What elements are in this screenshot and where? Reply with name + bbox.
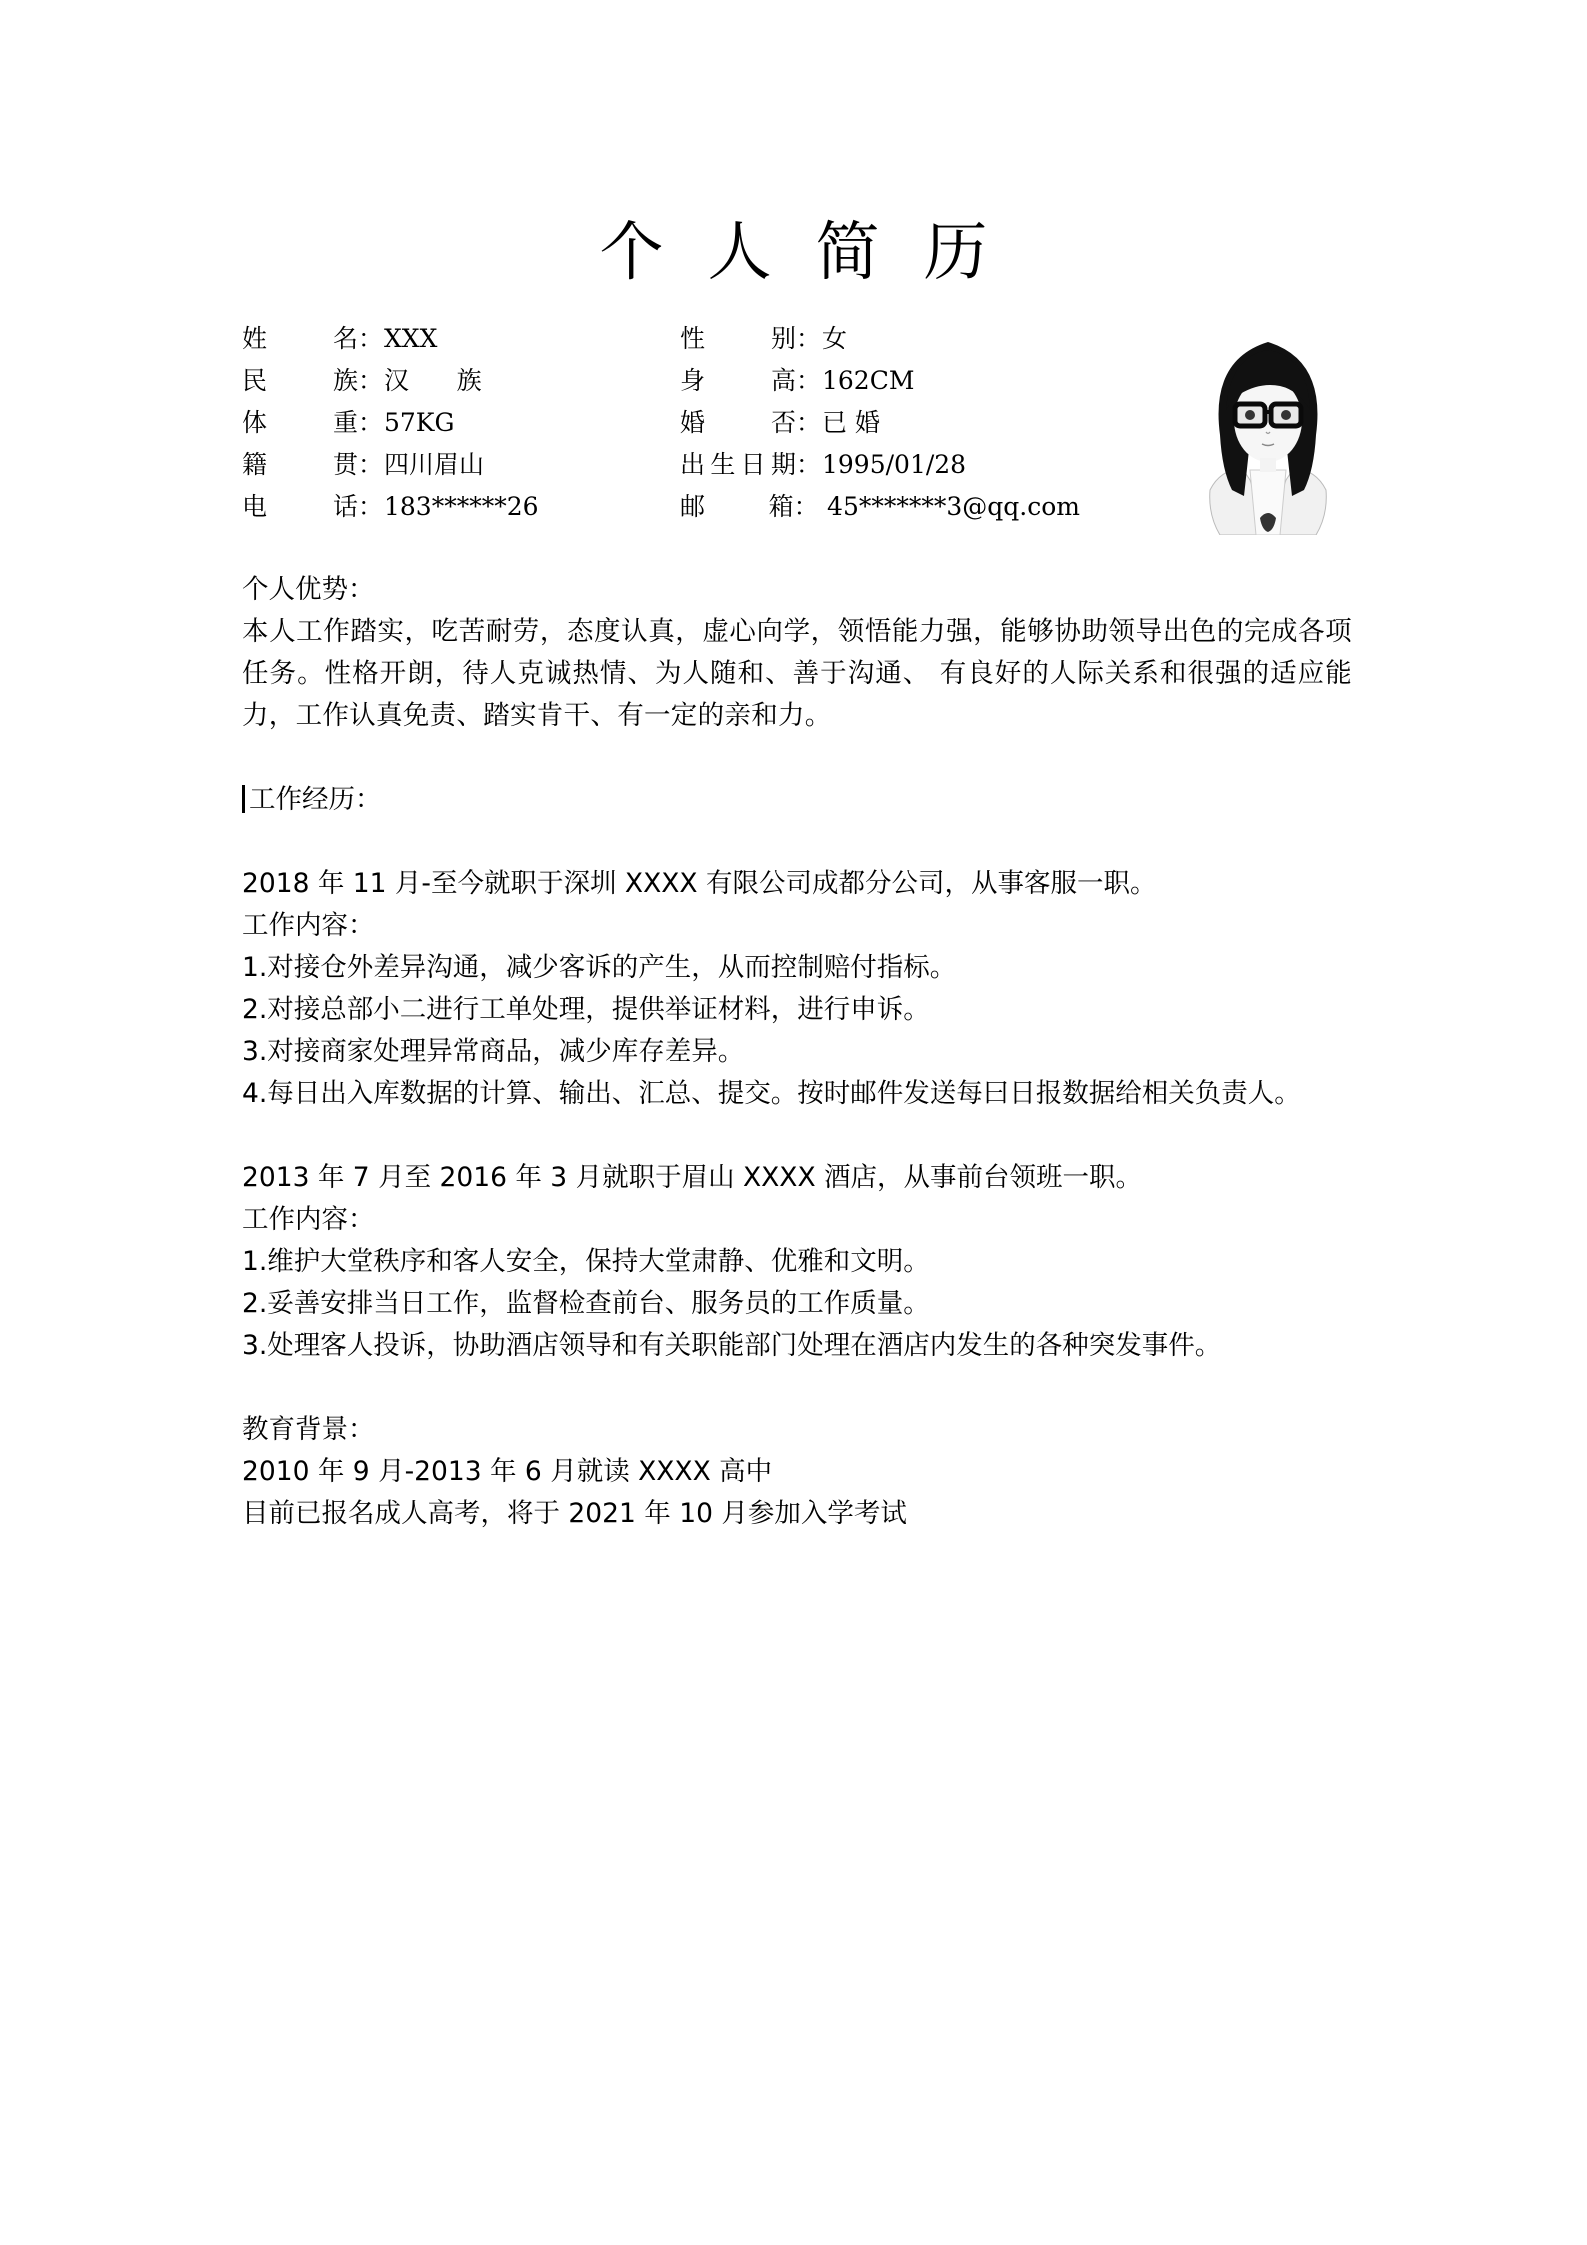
- job-duty-item: 1.维护大堂秩序和客人安全，保持大堂肃静、优雅和文明。: [242, 1241, 1352, 1283]
- info-field-marital-status: 婚否：已 婚: [680, 402, 1080, 444]
- job-duty-item: 2.妥善安排当日工作，监督检查前台、服务员的工作质量。: [242, 1283, 1352, 1325]
- job-duty-item: 1.对接仓外差异沟通，减少客诉的产生，从而控制赔付指标。: [242, 947, 1352, 989]
- resume-body: 个人优势： 本人工作踏实，吃苦耐劳，态度认真，虚心向学，领悟能力强，能够协助领导…: [242, 569, 1352, 1535]
- info-colon: ：: [796, 318, 822, 360]
- personal-info-grid: 姓名：XXX 性别：女 民族：汉 族 身高：162CM 体重：57KG 婚否：已…: [242, 318, 1080, 528]
- info-value: 162CM: [822, 360, 914, 402]
- info-value: 汉 族: [384, 360, 482, 402]
- education-section: 教育背景： 2010 年 9 月-2013 年 6 月就读 XXXX 高中 目前…: [242, 1409, 1352, 1535]
- info-value: 女: [822, 318, 847, 360]
- job-summary: 2018 年 11 月-至今就职于深圳 XXXX 有限公司成都分公司，从事客服一…: [242, 863, 1352, 905]
- info-value: 1995/01/28: [822, 444, 966, 486]
- info-row: 体重：57KG 婚否：已 婚: [242, 402, 1080, 444]
- job-duty-item: 3.处理客人投诉，协助酒店领导和有关职能部门处理在酒店内发生的各种突发事件。: [242, 1325, 1352, 1367]
- resume-page: 个人简历 姓名：XXX 性别：女 民族：汉 族 身高：162CM 体重：57KG: [0, 0, 1587, 2245]
- info-colon: ：: [358, 486, 384, 528]
- avatar-cartoon-girl-icon: [1180, 320, 1356, 535]
- info-row: 姓名：XXX 性别：女: [242, 318, 1080, 360]
- section-heading-strengths: 个人优势：: [242, 569, 1352, 611]
- job-entry: 2013 年 7 月至 2016 年 3 月就职于眉山 XXXX 酒店，从事前台…: [242, 1157, 1352, 1367]
- job-duty-item: 4.每日出入库数据的计算、输出、汇总、提交。按时邮件发送每曰日报数据给相关负责人…: [242, 1073, 1352, 1115]
- spacer: [242, 821, 1352, 863]
- info-value: 已 婚: [822, 402, 880, 444]
- info-field-email: 邮箱： 45*******3@qq.com: [680, 486, 1080, 528]
- avatar: [1180, 320, 1356, 535]
- info-label: 体重: [242, 402, 358, 444]
- experience-section: 工作经历： 2018 年 11 月-至今就职于深圳 XXXX 有限公司成都分公司…: [242, 779, 1352, 1367]
- job-duties-label: 工作内容：: [242, 1199, 1352, 1241]
- info-colon: ：: [796, 444, 822, 486]
- info-value: 57KG: [384, 402, 454, 444]
- job-entry: 2018 年 11 月-至今就职于深圳 XXXX 有限公司成都分公司，从事客服一…: [242, 863, 1352, 1115]
- info-row: 电话：183******26 邮箱： 45*******3@qq.com: [242, 486, 1080, 528]
- info-row: 民族：汉 族 身高：162CM: [242, 360, 1080, 402]
- strengths-section: 个人优势： 本人工作踏实，吃苦耐劳，态度认真，虚心向学，领悟能力强，能够协助领导…: [242, 569, 1352, 737]
- job-summary: 2013 年 7 月至 2016 年 3 月就职于眉山 XXXX 酒店，从事前台…: [242, 1157, 1352, 1199]
- info-label: 籍贯: [242, 444, 358, 486]
- info-field-ethnicity: 民族：汉 族: [242, 360, 680, 402]
- info-colon: ：: [794, 486, 819, 528]
- info-field-gender: 性别：女: [680, 318, 1080, 360]
- info-value: 四川眉山: [384, 444, 484, 486]
- text-cursor-icon: [242, 785, 245, 813]
- spacer: [242, 1367, 1352, 1409]
- page-title: 个人简历: [0, 205, 1587, 301]
- job-duty-item: 2.对接总部小二进行工单处理，提供举证材料，进行申诉。: [242, 989, 1352, 1031]
- info-field-phone: 电话：183******26: [242, 486, 680, 528]
- section-heading-education: 教育背景：: [242, 1409, 1352, 1451]
- info-value: XXX: [384, 318, 437, 360]
- info-field-height: 身高：162CM: [680, 360, 1080, 402]
- info-colon: ：: [358, 444, 384, 486]
- strengths-text: 本人工作踏实，吃苦耐劳，态度认真，虚心向学，领悟能力强，能够协助领导出色的完成各…: [242, 611, 1352, 737]
- info-colon: ：: [796, 360, 822, 402]
- education-item: 目前已报名成人高考，将于 2021 年 10 月参加入学考试: [242, 1493, 1352, 1535]
- info-label: 民族: [242, 360, 358, 402]
- info-label: 婚否: [680, 402, 796, 444]
- info-colon: ：: [796, 402, 822, 444]
- info-label: 姓名: [242, 318, 358, 360]
- section-heading-experience: 工作经历：: [242, 779, 1352, 821]
- info-field-hometown: 籍贯：四川眉山: [242, 444, 680, 486]
- info-value: 45*******3@qq.com: [819, 486, 1080, 528]
- info-colon: ：: [358, 360, 384, 402]
- info-field-name: 姓名：XXX: [242, 318, 680, 360]
- info-row: 籍贯：四川眉山 出生日期：1995/01/28: [242, 444, 1080, 486]
- info-field-weight: 体重：57KG: [242, 402, 680, 444]
- info-label: 电话: [242, 486, 358, 528]
- info-label: 出生日期: [680, 444, 796, 486]
- section-heading-experience-label: 工作经历：: [249, 784, 382, 815]
- info-label: 身高: [680, 360, 796, 402]
- job-duty-item: 3.对接商家处理异常商品，减少库存差异。: [242, 1031, 1352, 1073]
- info-label: 性别: [680, 318, 796, 360]
- job-duties-label: 工作内容：: [242, 905, 1352, 947]
- info-colon: ：: [358, 318, 384, 360]
- spacer: [242, 737, 1352, 779]
- spacer: [242, 1115, 1352, 1157]
- education-item: 2010 年 9 月-2013 年 6 月就读 XXXX 高中: [242, 1451, 1352, 1493]
- info-field-birth-date: 出生日期：1995/01/28: [680, 444, 1080, 486]
- info-colon: ：: [358, 402, 384, 444]
- info-value: 183******26: [384, 486, 539, 528]
- info-label: 邮箱: [680, 486, 794, 528]
